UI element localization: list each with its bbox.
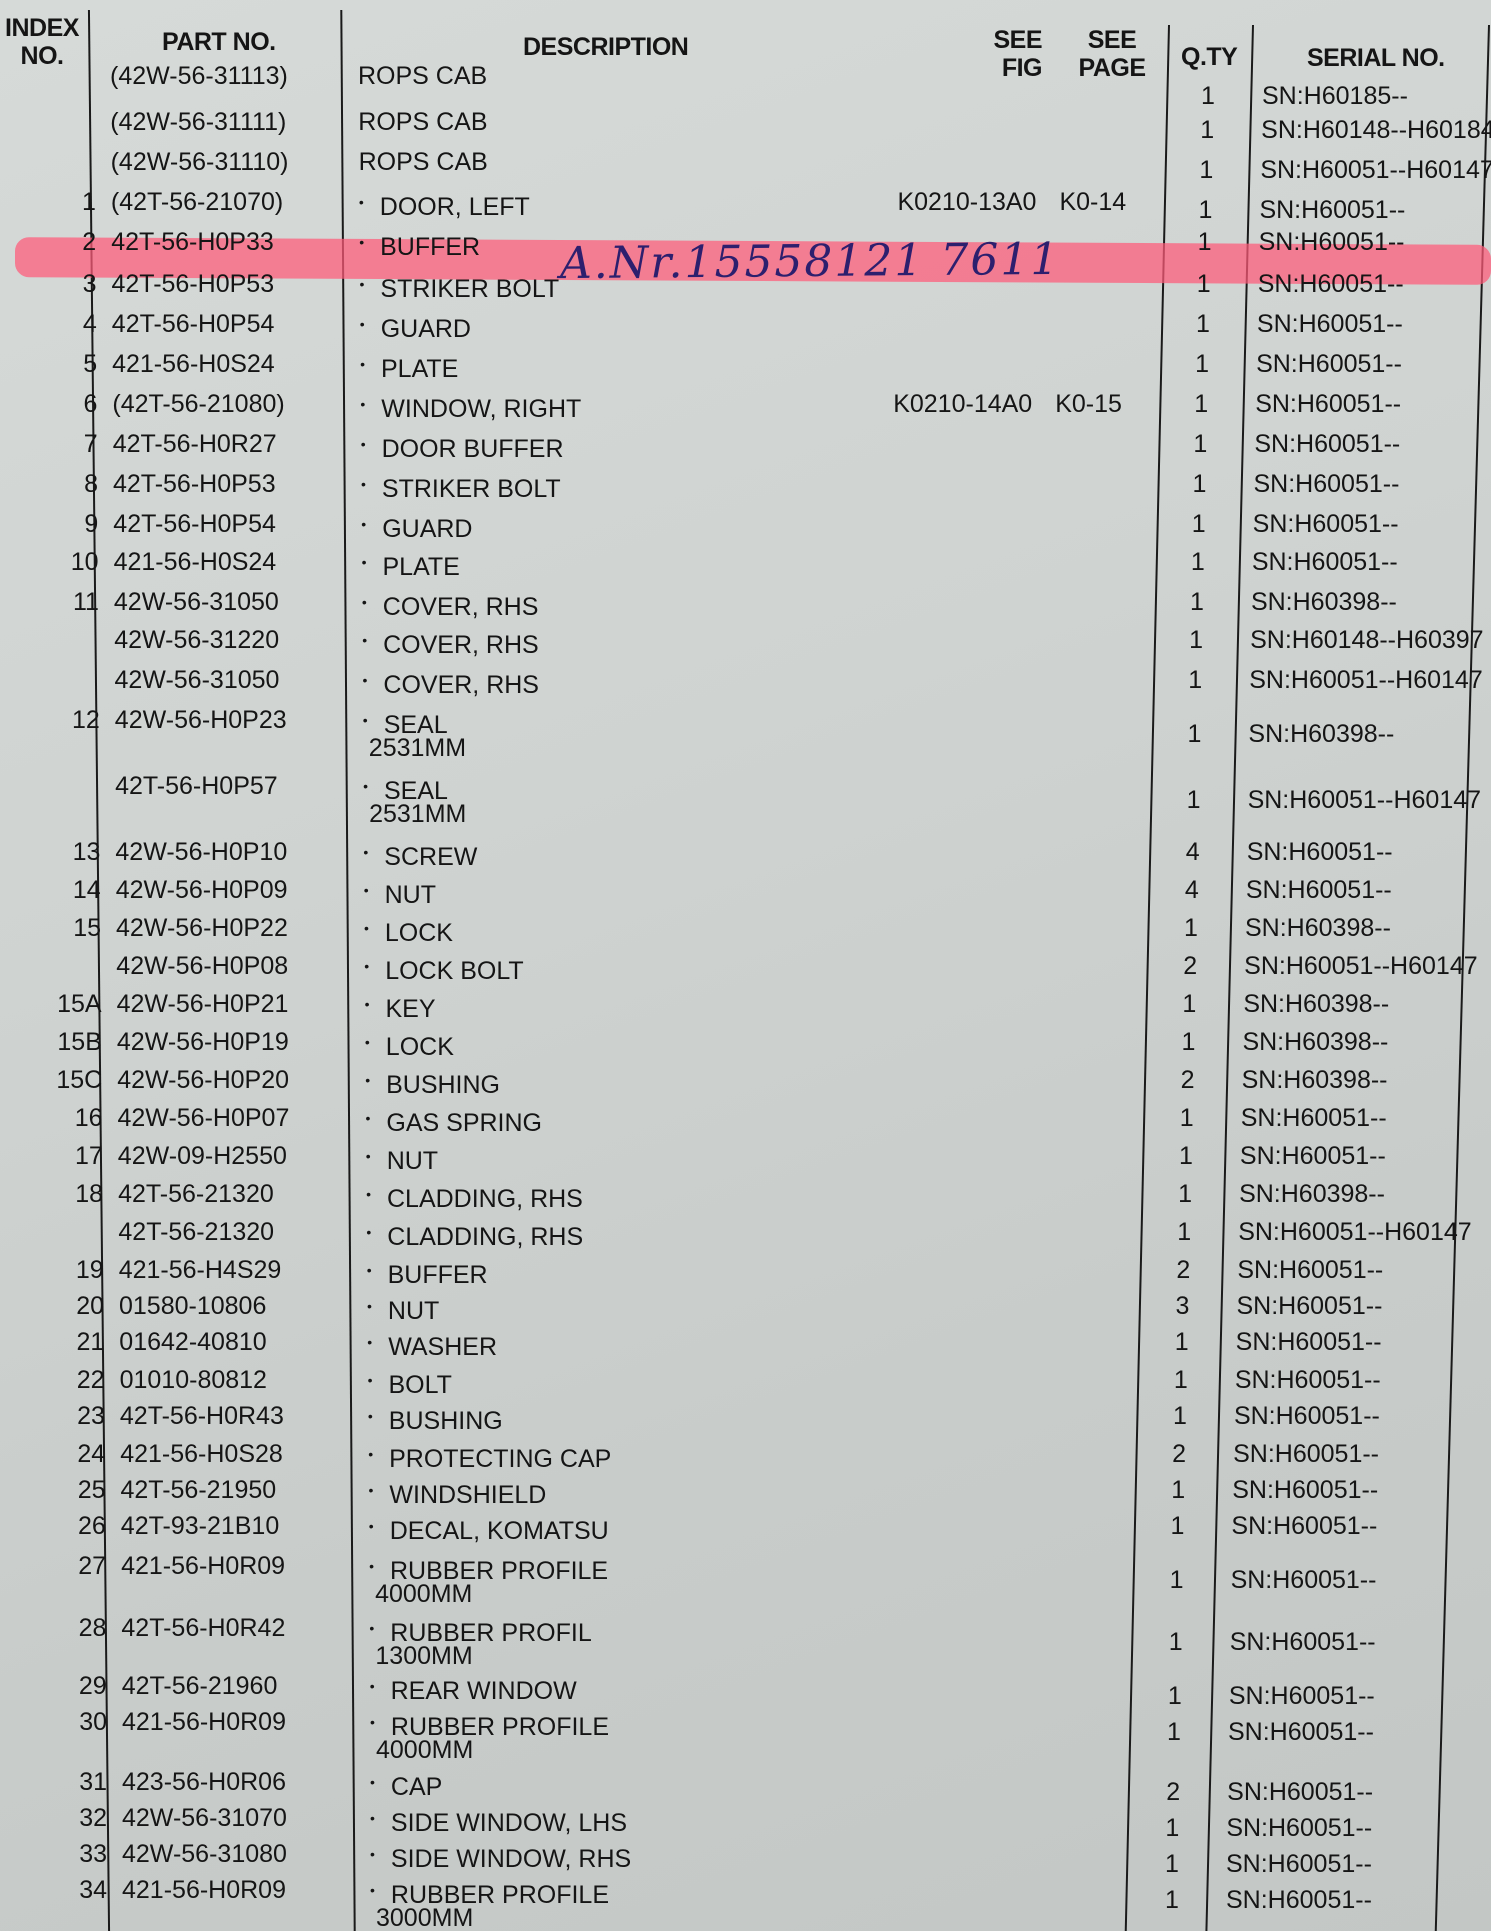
description: •STRIKER BOLT — [361, 470, 561, 503]
part-no: 42W-56-H0P09 — [116, 876, 288, 904]
part-no: 42W-56-H0P21 — [117, 990, 289, 1018]
description-text: WINDOW, RIGHT — [381, 395, 581, 423]
description-text: STRIKER BOLT — [382, 475, 561, 503]
index-no: 15C — [7, 1066, 102, 1094]
header-see-page-line2: PAGE — [1076, 54, 1148, 82]
description: •SCREW — [363, 838, 477, 871]
header-serial-no: SERIAL NO. — [1307, 44, 1445, 72]
index-no: 33 — [12, 1840, 107, 1868]
serial-no: SN:H60051-- — [1253, 510, 1399, 538]
index-no: 26 — [11, 1512, 106, 1540]
quantity: 1 — [1157, 1814, 1187, 1842]
sub-item-bullet-icon: • — [365, 1034, 370, 1050]
part-no: 42W-09-H2550 — [118, 1142, 287, 1170]
sub-item-bullet-icon: • — [360, 316, 365, 332]
quantity: 1 — [1190, 196, 1220, 224]
description-text: SCREW — [384, 843, 477, 871]
part-no: 42T-56-21950 — [121, 1476, 277, 1504]
serial-no: SN:H60051-- — [1237, 1256, 1383, 1284]
header-qty: Q.TY — [1181, 43, 1237, 71]
description-length: 3000MM — [376, 1904, 473, 1931]
serial-no: SN:H60051-- — [1246, 876, 1392, 904]
header-index: INDEX NO. — [2, 14, 82, 70]
index-no: 24 — [10, 1440, 105, 1468]
quantity: 1 — [1188, 310, 1218, 338]
serial-no: SN:H60051-- — [1236, 1328, 1382, 1356]
part-no: 42W-56-31080 — [122, 1840, 287, 1868]
description-text: ROPS CAB — [359, 148, 488, 176]
description-text: STRIKER BOLT — [380, 275, 559, 303]
sub-item-bullet-icon: • — [362, 594, 367, 610]
serial-no: SN:H60051-- — [1234, 1402, 1380, 1430]
quantity: 2 — [1173, 1066, 1203, 1094]
sub-item-bullet-icon: • — [364, 920, 369, 936]
quantity: 1 — [1159, 1718, 1189, 1746]
quantity: 1 — [1185, 430, 1215, 458]
quantity: 4 — [1178, 838, 1208, 866]
quantity: 2 — [1158, 1778, 1188, 1806]
handwritten-note: A.Nr.15558121 7611 — [560, 234, 1061, 289]
serial-no: SN:H60051-- — [1233, 1440, 1379, 1468]
index-no: 20 — [9, 1292, 104, 1320]
index-no: 29 — [12, 1672, 107, 1700]
description: •LOCK — [365, 1028, 454, 1061]
description-text: DECAL, KOMATSU — [390, 1517, 609, 1545]
description-text: BUFFER — [380, 233, 480, 261]
part-no: 42T-56-H0P53 — [113, 470, 276, 498]
serial-no: SN:H60051-- — [1226, 1850, 1372, 1878]
part-no: 42W-56-31070 — [122, 1804, 287, 1832]
serial-no: SN:H60398-- — [1242, 1066, 1388, 1094]
part-no: 42T-56-H0P33 — [111, 228, 274, 256]
see-page: K0-15 — [1055, 390, 1122, 418]
part-no: 42T-93-21B10 — [121, 1512, 279, 1540]
description-text: GAS SPRING — [386, 1109, 542, 1137]
sub-item-bullet-icon: • — [370, 1714, 375, 1730]
part-no: 42W-56-31220 — [114, 626, 279, 654]
description: ROPS CAB — [358, 108, 487, 136]
serial-no: SN:H60051--H60147 — [1238, 1218, 1471, 1246]
parts-list-page: INDEX NO. PART NO. DESCRIPTION SEE FIG S… — [0, 0, 1491, 1931]
serial-no: SN:H60148--H60184 — [1261, 116, 1491, 144]
serial-no: SN:H60051-- — [1235, 1366, 1381, 1394]
see-page: K0-14 — [1059, 188, 1126, 216]
quantity: 4 — [1177, 876, 1207, 904]
description: •PLATE — [360, 350, 458, 383]
description: •PLATE — [362, 548, 460, 581]
index-no: 6 — [2, 390, 97, 418]
description: •LOCK — [364, 914, 453, 947]
sub-item-bullet-icon: • — [363, 844, 368, 860]
sub-item-bullet-icon: • — [366, 1148, 371, 1164]
index-no: 25 — [11, 1476, 106, 1504]
quantity: 1 — [1191, 156, 1221, 184]
part-no: 421-56-H0S24 — [112, 350, 275, 378]
sub-item-bullet-icon: • — [363, 672, 368, 688]
quantity: 1 — [1179, 786, 1209, 814]
serial-no: SN:H60051-- — [1228, 1718, 1374, 1746]
part-no: 42W-56-H0P10 — [115, 838, 287, 866]
header-see-page: SEE PAGE — [1076, 26, 1148, 82]
quantity: 1 — [1162, 1566, 1192, 1594]
index-no: 11 — [4, 588, 99, 616]
quantity: 1 — [1157, 1850, 1187, 1878]
quantity: 1 — [1170, 1180, 1200, 1208]
header-part-no: PART NO. — [162, 28, 276, 56]
index-no: 10 — [4, 548, 99, 576]
index-no: 27 — [11, 1552, 106, 1580]
description-text: REAR WINDOW — [391, 1677, 577, 1705]
description-length: 2531MM — [369, 734, 466, 762]
description-text: BUSHING — [386, 1071, 500, 1099]
index-no: 12 — [5, 706, 100, 734]
serial-no: SN:H60051-- — [1232, 1476, 1378, 1504]
sub-item-bullet-icon: • — [364, 958, 369, 974]
serial-no: SN:H60051--H60147 — [1244, 952, 1477, 980]
description: •BOLT — [368, 1366, 452, 1399]
part-no: 42W-56-H0P19 — [117, 1028, 289, 1056]
index-no: 17 — [8, 1142, 103, 1170]
serial-no: SN:H60398-- — [1243, 990, 1389, 1018]
part-no: 421-56-H0R09 — [122, 1708, 286, 1736]
description: •GUARD — [361, 510, 472, 543]
part-no: (42W-56-31110) — [111, 148, 289, 176]
description-text: BOLT — [389, 1371, 452, 1399]
index-no: 34 — [12, 1876, 107, 1904]
description: •BUFFER — [367, 1256, 488, 1289]
part-no: 42T-56-21960 — [122, 1672, 278, 1700]
description-text: LOCK BOLT — [385, 957, 523, 985]
index-no: 15A — [7, 990, 102, 1018]
quantity: 1 — [1174, 990, 1204, 1018]
serial-no: SN:H60051-- — [1252, 548, 1398, 576]
description-text: CAP — [391, 1773, 442, 1801]
quantity: 1 — [1184, 510, 1214, 538]
description-text: WINDSHIELD — [389, 1481, 546, 1509]
description-text: PROTECTING CAP — [389, 1445, 611, 1473]
quantity: 3 — [1168, 1292, 1198, 1320]
serial-no: SN:H60051-- — [1226, 1814, 1372, 1842]
quantity: 1 — [1172, 1104, 1202, 1132]
part-no: 42T-56-H0R43 — [120, 1402, 284, 1430]
quantity: 1 — [1160, 1682, 1190, 1710]
sub-item-bullet-icon: • — [366, 1110, 371, 1126]
divider-index-part — [88, 10, 110, 1931]
quantity: 1 — [1163, 1476, 1193, 1504]
description-text: KEY — [386, 995, 436, 1023]
part-no: 42W-56-H0P08 — [116, 952, 288, 980]
description: •GAS SPRING — [366, 1104, 543, 1137]
sub-item-bullet-icon: • — [370, 1810, 375, 1826]
serial-no: SN:H60051-- — [1258, 270, 1404, 298]
quantity: 1 — [1179, 720, 1209, 748]
quantity: 1 — [1189, 270, 1219, 298]
description-text: CLADDING, RHS — [387, 1223, 583, 1251]
description-text: BUFFER — [388, 1261, 488, 1289]
sub-item-bullet-icon: • — [370, 1678, 375, 1694]
description: •WINDSHIELD — [369, 1476, 547, 1509]
quantity: 1 — [1183, 548, 1213, 576]
header-description: DESCRIPTION — [523, 33, 688, 61]
header-see-fig-line2: FIG — [990, 54, 1042, 82]
serial-no: SN:H60051-- — [1241, 1104, 1387, 1132]
index-no: 7 — [3, 430, 98, 458]
quantity: 1 — [1180, 666, 1210, 694]
part-no: 42W-56-H0P23 — [115, 706, 287, 734]
sub-item-bullet-icon: • — [369, 1482, 374, 1498]
description: •LOCK BOLT — [364, 952, 523, 985]
quantity: 1 — [1167, 1328, 1197, 1356]
serial-no: SN:H60051-- — [1227, 1778, 1373, 1806]
quantity: 1 — [1171, 1142, 1201, 1170]
serial-no: SN:H60185-- — [1262, 82, 1408, 110]
description: •BUSHING — [365, 1066, 500, 1099]
part-no: 42T-56-H0R42 — [121, 1614, 285, 1642]
serial-no: SN:H60398-- — [1239, 1180, 1385, 1208]
part-no: 01642-40810 — [119, 1328, 266, 1356]
description: •SIDE WINDOW, LHS — [370, 1804, 627, 1837]
serial-no: SN:H60051-- — [1255, 390, 1401, 418]
index-no: 1 — [1, 188, 96, 216]
sub-item-bullet-icon: • — [370, 1846, 375, 1862]
description-length: 4000MM — [375, 1580, 472, 1608]
serial-no: SN:H60051-- — [1254, 470, 1400, 498]
part-no: 42W-56-H0P07 — [118, 1104, 290, 1132]
serial-no: SN:H60051-- — [1256, 350, 1402, 378]
sub-item-bullet-icon: • — [369, 1518, 374, 1534]
quantity: 1 — [1186, 390, 1216, 418]
index-no: 13 — [5, 838, 100, 866]
serial-no: SN:H60051-- — [1237, 1292, 1383, 1320]
sub-item-bullet-icon: • — [359, 194, 364, 210]
part-no: 421-56-H0R09 — [121, 1552, 285, 1580]
description-text: PLATE — [381, 355, 458, 383]
description-text: GUARD — [381, 315, 471, 343]
description: •NUT — [367, 1292, 439, 1325]
part-no: 421-56-H4S29 — [119, 1256, 282, 1284]
header-see-fig: SEE FIG — [990, 26, 1042, 82]
quantity: 1 — [1157, 1886, 1187, 1914]
part-no: 42T-56-H0R27 — [113, 430, 277, 458]
sub-item-bullet-icon: • — [362, 632, 367, 648]
see-fig: K0210-14A0 — [893, 390, 1032, 418]
serial-no: SN:H60051-- — [1257, 310, 1403, 338]
description: •BUSHING — [368, 1402, 503, 1435]
part-no: (42W-56-31111) — [110, 108, 286, 136]
index-no: 16 — [8, 1104, 103, 1132]
quantity: 2 — [1175, 952, 1205, 980]
sub-item-bullet-icon: • — [365, 996, 370, 1012]
index-no: 23 — [10, 1402, 105, 1430]
serial-no: SN:H60051-- — [1229, 1682, 1375, 1710]
description-text: ROPS CAB — [358, 62, 487, 90]
part-no: 423-56-H0R06 — [122, 1768, 286, 1796]
description-text: NUT — [387, 1147, 438, 1175]
sub-item-bullet-icon: • — [363, 712, 368, 728]
description-text: WASHER — [388, 1333, 497, 1361]
quantity: 2 — [1164, 1440, 1194, 1468]
index-no: 4 — [2, 310, 97, 338]
part-no: 01010-80812 — [120, 1366, 267, 1394]
part-no: 42T-56-21320 — [118, 1180, 274, 1208]
quantity: 1 — [1193, 82, 1223, 110]
description-text: DOOR, LEFT — [380, 193, 530, 221]
description-text: COVER, RHS — [383, 631, 539, 659]
serial-no: SN:H60051--H60147 — [1249, 666, 1482, 694]
serial-no: SN:H60051-- — [1231, 1512, 1377, 1540]
description: •CLADDING, RHS — [366, 1180, 583, 1213]
header-index-line1: INDEX — [2, 14, 82, 42]
index-no: 15B — [7, 1028, 102, 1056]
quantity: 1 — [1165, 1402, 1195, 1430]
index-no: 3 — [2, 270, 97, 298]
sub-item-bullet-icon: • — [368, 1446, 373, 1462]
sub-item-bullet-icon: • — [366, 1186, 371, 1202]
description: •COVER, RHS — [362, 626, 539, 659]
description: •DOOR, LEFT — [359, 188, 530, 221]
index-no: 15 — [6, 914, 101, 942]
description-length: 2531MM — [369, 800, 466, 828]
quantity: 1 — [1169, 1218, 1199, 1246]
sub-item-bullet-icon: • — [370, 1774, 375, 1790]
sub-item-bullet-icon: • — [359, 234, 364, 250]
part-no: 421-56-H0S24 — [114, 548, 277, 576]
quantity: 1 — [1173, 1028, 1203, 1056]
description-text: CLADDING, RHS — [387, 1185, 583, 1213]
sub-item-bullet-icon: • — [364, 882, 369, 898]
index-no: 19 — [9, 1256, 104, 1284]
description: •BUFFER — [359, 228, 480, 261]
description-text: DOOR BUFFER — [382, 435, 564, 463]
sub-item-bullet-icon: • — [361, 436, 366, 452]
sub-item-bullet-icon: • — [367, 1334, 372, 1350]
quantity: 1 — [1161, 1628, 1191, 1656]
quantity: 1 — [1182, 588, 1212, 616]
sub-item-bullet-icon: • — [369, 1620, 374, 1636]
index-no: 9 — [3, 510, 98, 538]
quantity: 1 — [1166, 1366, 1196, 1394]
sub-item-bullet-icon: • — [368, 1408, 373, 1424]
description: •CAP — [370, 1768, 442, 1801]
description: •NUT — [364, 876, 436, 909]
serial-no: SN:H60051-- — [1259, 228, 1405, 256]
sub-item-bullet-icon: • — [360, 396, 365, 412]
description: •DOOR BUFFER — [361, 430, 564, 463]
serial-no: SN:H60398-- — [1251, 588, 1397, 616]
quantity: 1 — [1185, 470, 1215, 498]
part-no: 01580-10806 — [119, 1292, 266, 1320]
serial-no: SN:H60051-- — [1240, 1142, 1386, 1170]
part-no: 42W-56-H0P20 — [117, 1066, 289, 1094]
description: ROPS CAB — [358, 62, 487, 90]
part-no: 42T-56-H0P53 — [112, 270, 275, 298]
description: •REAR WINDOW — [370, 1672, 577, 1705]
description-length: 1300MM — [375, 1642, 472, 1670]
description: •KEY — [365, 990, 436, 1023]
description-text: COVER, RHS — [383, 671, 539, 699]
index-no: 22 — [10, 1366, 105, 1394]
serial-no: SN:H60051-- — [1259, 196, 1405, 224]
part-no: 42T-56-H0P54 — [113, 510, 276, 538]
header-see-page-line1: SEE — [1076, 26, 1148, 54]
index-no: 8 — [3, 470, 98, 498]
divider-part-desc — [340, 10, 355, 1931]
description-text: SIDE WINDOW, LHS — [391, 1809, 627, 1837]
description-text: NUT — [388, 1297, 439, 1325]
sub-item-bullet-icon: • — [361, 476, 366, 492]
sub-item-bullet-icon: • — [369, 1558, 374, 1574]
sub-item-bullet-icon: • — [362, 554, 367, 570]
sub-item-bullet-icon: • — [360, 276, 365, 292]
index-no: 5 — [2, 350, 97, 378]
description-text: GUARD — [382, 515, 472, 543]
description: •SIDE WINDOW, RHS — [370, 1840, 631, 1873]
serial-no: SN:H60051--H60147 — [1260, 156, 1491, 184]
sub-item-bullet-icon: • — [363, 778, 368, 794]
part-no: 42T-56-21320 — [118, 1218, 274, 1246]
serial-no: SN:H60051-- — [1226, 1886, 1372, 1914]
part-no: 42W-56-31050 — [114, 588, 279, 616]
sub-item-bullet-icon: • — [368, 1372, 373, 1388]
description: •COVER, RHS — [362, 588, 539, 621]
serial-no: SN:H60398-- — [1248, 720, 1394, 748]
description-text: PLATE — [383, 553, 460, 581]
header-index-line2: NO. — [2, 42, 82, 70]
quantity: 1 — [1190, 228, 1220, 256]
index-no: 30 — [12, 1708, 107, 1736]
part-no: 42W-56-H0P22 — [116, 914, 288, 942]
description-text: BUSHING — [389, 1407, 503, 1435]
serial-no: SN:H60051-- — [1254, 430, 1400, 458]
description: •PROTECTING CAP — [368, 1440, 611, 1473]
description-text: LOCK — [386, 1033, 454, 1061]
description-text: SIDE WINDOW, RHS — [391, 1845, 631, 1873]
sub-item-bullet-icon: • — [360, 356, 365, 372]
serial-no: SN:H60051-- — [1231, 1566, 1377, 1594]
sub-item-bullet-icon: • — [370, 1882, 375, 1898]
sub-item-bullet-icon: • — [365, 1072, 370, 1088]
quantity: 1 — [1192, 116, 1222, 144]
index-no: 32 — [12, 1804, 107, 1832]
serial-no: SN:H60398-- — [1242, 1028, 1388, 1056]
serial-no: SN:H60398-- — [1245, 914, 1391, 942]
part-no: 42T-56-H0P54 — [112, 310, 275, 338]
description-text: ROPS CAB — [358, 108, 487, 136]
part-no: (42T-56-21070) — [111, 188, 283, 216]
serial-no: SN:H60051-- — [1247, 838, 1393, 866]
index-no: 14 — [6, 876, 101, 904]
sub-item-bullet-icon: • — [366, 1224, 371, 1240]
description-text: LOCK — [385, 919, 453, 947]
sub-item-bullet-icon: • — [361, 516, 366, 532]
part-no: 421-56-H0R09 — [122, 1876, 286, 1904]
description: •NUT — [366, 1142, 438, 1175]
quantity: 1 — [1162, 1512, 1192, 1540]
sub-item-bullet-icon: • — [367, 1262, 372, 1278]
description: •DECAL, KOMATSU — [369, 1512, 609, 1545]
header-see-fig-line1: SEE — [990, 26, 1042, 54]
part-no: 42T-56-H0P57 — [115, 772, 278, 800]
description: •CLADDING, RHS — [366, 1218, 583, 1251]
quantity: 2 — [1168, 1256, 1198, 1284]
index-no: 2 — [1, 228, 96, 256]
description: ROPS CAB — [359, 148, 488, 176]
serial-no: SN:H60148--H60397 — [1250, 626, 1483, 654]
quantity: 1 — [1176, 914, 1206, 942]
description-text: COVER, RHS — [383, 593, 539, 621]
description-text: NUT — [385, 881, 436, 909]
part-no: (42T-56-21080) — [112, 390, 284, 418]
